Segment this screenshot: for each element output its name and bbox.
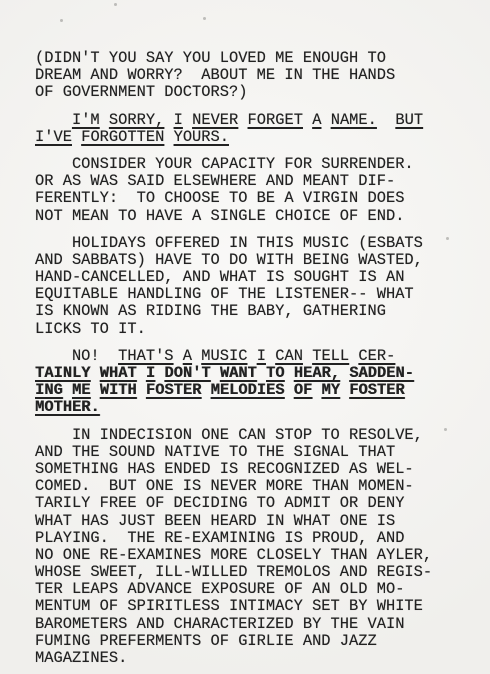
word-gap bbox=[284, 381, 293, 399]
underlined-word: I bbox=[257, 347, 266, 365]
scan-speck bbox=[446, 237, 449, 240]
text-segment: NOT MEAN TO HAVE A SINGLE CHOICE OF END. bbox=[35, 207, 404, 225]
text-line: MOTHER. bbox=[35, 399, 465, 416]
underlined-word: A bbox=[183, 347, 192, 365]
text-line: LICKS TO IT. bbox=[35, 321, 465, 338]
text-line: PLAYING. THE RE-EXAMINING IS PROUD, AND bbox=[35, 530, 465, 547]
text-segment: TARILY FREE OF DECIDING TO ADMIT OR DENY bbox=[35, 494, 404, 512]
underlined-word: MY bbox=[321, 381, 339, 399]
underlined-word: WITH bbox=[100, 381, 137, 399]
word-gap bbox=[183, 111, 192, 129]
underlined-word: OF bbox=[294, 381, 312, 399]
text-segment: HAND-CANCELLED, AND WHAT IS SOUGHT IS AN bbox=[35, 268, 404, 286]
underlined-word: FORGET bbox=[248, 111, 303, 129]
text-segment: TER LEAPS ADVANCE EXPOSURE OF AN OLD MO- bbox=[35, 580, 404, 598]
text-line: AND THE SOUND NATIVE TO THE SIGNAL THAT bbox=[35, 444, 465, 461]
underlined-word: FOSTER bbox=[349, 381, 404, 399]
word-gap bbox=[164, 111, 173, 129]
text-line: BAROMETERS AND CHARACTERIZED BY THE VAIN bbox=[35, 616, 465, 633]
word-gap bbox=[266, 347, 275, 365]
underlined-word: ME bbox=[72, 381, 90, 399]
word-gap bbox=[285, 364, 294, 382]
text-line: AND SABBATS) HAVE TO DO WITH BEING WASTE… bbox=[35, 252, 465, 269]
text-line: TARILY FREE OF DECIDING TO ADMIT OR DENY bbox=[35, 495, 465, 512]
word-gap bbox=[238, 111, 247, 129]
text-line: FUMING PREFERMENTS OF GIRLIE AND JAZZ bbox=[35, 633, 465, 650]
underlined-word: YOURS. bbox=[174, 128, 229, 146]
text-segment bbox=[35, 111, 72, 129]
word-gap bbox=[72, 128, 81, 146]
text-segment: FUMING PREFERMENTS OF GIRLIE AND JAZZ bbox=[35, 632, 377, 650]
text-line: EQUITABLE HANDLING OF THE LISTENER-- WHA… bbox=[35, 286, 465, 303]
word-gap bbox=[90, 364, 99, 382]
text-segment: OF GOVERNMENT DOCTORS?) bbox=[35, 83, 247, 101]
word-gap bbox=[257, 364, 266, 382]
underlined-word: THAT'S bbox=[118, 347, 173, 365]
text-segment: PLAYING. THE RE-EXAMINING IS PROUD, AND bbox=[35, 529, 404, 547]
text-segment: EQUITABLE HANDLING OF THE LISTENER-- WHA… bbox=[35, 285, 414, 303]
paragraph-2: I'M SORRY, I NEVER FORGET A NAME. BUTI'V… bbox=[35, 112, 465, 146]
text-line: SOMETHING HAS ENDED IS RECOGNIZED AS WEL… bbox=[35, 461, 465, 478]
text-line: MENTUM OF SPIRITLESS INTIMACY SET BY WHI… bbox=[35, 598, 465, 615]
text-segment: BAROMETERS AND CHARACTERIZED BY THE VAIN bbox=[35, 615, 404, 633]
underlined-word: MELODIES bbox=[211, 381, 285, 399]
text-line: ING ME WITH FOSTER MELODIES OF MY FOSTER bbox=[35, 382, 465, 399]
underlined-word: TAINLY bbox=[35, 364, 90, 382]
underlined-word: CAN bbox=[275, 347, 303, 365]
text-line: I'VE FORGOTTEN YOURS. bbox=[35, 129, 465, 146]
text-segment: CONSIDER YOUR CAPACITY FOR SURRENDER. bbox=[35, 155, 414, 173]
underlined-word: I'M bbox=[72, 111, 100, 129]
text-line: WHAT HAS JUST BEEN HEARD IN WHAT ONE IS bbox=[35, 513, 465, 530]
paragraph-5: NO! THAT'S A MUSIC I CAN TELL CER-TAINLY… bbox=[35, 348, 465, 417]
text-segment: MENTUM OF SPIRITLESS INTIMACY SET BY WHI… bbox=[35, 597, 423, 615]
text-line: TER LEAPS ADVANCE EXPOSURE OF AN OLD MO- bbox=[35, 581, 465, 598]
scan-speck bbox=[203, 17, 206, 20]
typewritten-text: (DIDN'T YOU SAY YOU LOVED ME ENOUGH TODR… bbox=[35, 50, 465, 667]
underlined-word: HEAR, bbox=[294, 364, 340, 382]
underlined-word: MOTHER. bbox=[35, 398, 100, 416]
underlined-word: NEVER bbox=[192, 111, 238, 129]
word-gap bbox=[340, 364, 349, 382]
text-segment: HOLIDAYS OFFERED IN THIS MUSIC (ESBATS bbox=[35, 234, 423, 252]
text-line: CONSIDER YOUR CAPACITY FOR SURRENDER. bbox=[35, 156, 465, 173]
text-segment: WHAT HAS JUST BEEN HEARD IN WHAT ONE IS bbox=[35, 512, 395, 530]
word-gap bbox=[377, 111, 395, 129]
word-gap bbox=[303, 111, 312, 129]
underlined-word: I bbox=[174, 111, 183, 129]
text-segment: NO ONE RE-EXAMINES MORE CLOSELY THAN AYL… bbox=[35, 546, 432, 564]
text-segment: SOMETHING HAS ENDED IS RECOGNIZED AS WEL… bbox=[35, 460, 414, 478]
underlined-word: I bbox=[146, 364, 155, 382]
word-gap bbox=[192, 347, 201, 365]
word-gap bbox=[137, 381, 146, 399]
word-gap bbox=[174, 347, 183, 365]
text-segment: OR AS WAS SAID ELSEWHERE AND MEANT DIF- bbox=[35, 172, 395, 190]
text-line: OR AS WAS SAID ELSEWHERE AND MEANT DIF- bbox=[35, 173, 465, 190]
underlined-word: SADDEN- bbox=[349, 364, 414, 382]
word-gap bbox=[201, 381, 210, 399]
scan-speck bbox=[114, 3, 117, 6]
text-line: COMED. BUT ONE IS NEVER MORE THAN MOMEN- bbox=[35, 478, 465, 495]
underlined-word: SORRY, bbox=[109, 111, 164, 129]
text-line: HAND-CANCELLED, AND WHAT IS SOUGHT IS AN bbox=[35, 269, 465, 286]
text-segment: MAGAZINES. bbox=[35, 649, 127, 667]
text-line: NO! THAT'S A MUSIC I CAN TELL CER- bbox=[35, 348, 465, 365]
text-segment: COMED. BUT ONE IS NEVER MORE THAN MOMEN- bbox=[35, 477, 414, 495]
text-line: IS KNOWN AS RIDING THE BABY, GATHERING bbox=[35, 303, 465, 320]
text-segment: AND THE SOUND NATIVE TO THE SIGNAL THAT bbox=[35, 443, 395, 461]
text-segment: (DIDN'T YOU SAY YOU LOVED ME ENOUGH TO bbox=[35, 49, 386, 67]
text-segment: IS KNOWN AS RIDING THE BABY, GATHERING bbox=[35, 302, 386, 320]
text-segment: NO! bbox=[35, 347, 118, 365]
word-gap bbox=[164, 128, 173, 146]
word-gap bbox=[155, 364, 164, 382]
underlined-word: MUSIC bbox=[201, 347, 247, 365]
word-gap bbox=[63, 381, 72, 399]
word-gap bbox=[340, 381, 349, 399]
text-line: OF GOVERNMENT DOCTORS?) bbox=[35, 84, 465, 101]
text-line: TAINLY WHAT I DON'T WANT TO HEAR, SADDEN… bbox=[35, 365, 465, 382]
scan-speck bbox=[444, 428, 447, 431]
word-gap bbox=[303, 347, 312, 365]
text-line: NO ONE RE-EXAMINES MORE CLOSELY THAN AYL… bbox=[35, 547, 465, 564]
text-line: (DIDN'T YOU SAY YOU LOVED ME ENOUGH TO bbox=[35, 50, 465, 67]
text-segment: DREAM AND WORRY? ABOUT ME IN THE HANDS bbox=[35, 66, 395, 84]
underlined-word: DON'T bbox=[164, 364, 210, 382]
word-gap bbox=[137, 364, 146, 382]
underlined-word: I'VE bbox=[35, 128, 72, 146]
word-gap bbox=[321, 111, 330, 129]
text-line: DREAM AND WORRY? ABOUT ME IN THE HANDS bbox=[35, 67, 465, 84]
document-page: (DIDN'T YOU SAY YOU LOVED ME ENOUGH TODR… bbox=[0, 0, 490, 674]
underlined-word: WANT bbox=[220, 364, 257, 382]
underlined-word: TO bbox=[266, 364, 284, 382]
word-gap bbox=[247, 347, 256, 365]
text-segment: AND SABBATS) HAVE TO DO WITH BEING WASTE… bbox=[35, 251, 423, 269]
underlined-word: ING bbox=[35, 381, 63, 399]
text-segment: FERENTLY: TO CHOOSE TO BE A VIRGIN DOES bbox=[35, 189, 404, 207]
text-line: I'M SORRY, I NEVER FORGET A NAME. BUT bbox=[35, 112, 465, 129]
paragraph-4: HOLIDAYS OFFERED IN THIS MUSIC (ESBATSAN… bbox=[35, 235, 465, 338]
underlined-word: CER- bbox=[358, 347, 395, 365]
text-segment: WHOSE SWEET, ILL-WILLED TREMOLOS AND REG… bbox=[35, 563, 432, 581]
paragraph-6: IN INDECISION ONE CAN STOP TO RESOLVE,AN… bbox=[35, 427, 465, 668]
text-line: HOLIDAYS OFFERED IN THIS MUSIC (ESBATS bbox=[35, 235, 465, 252]
text-segment: IN INDECISION ONE CAN STOP TO RESOLVE, bbox=[35, 426, 423, 444]
paragraph-1: (DIDN'T YOU SAY YOU LOVED ME ENOUGH TODR… bbox=[35, 50, 465, 102]
underlined-word: TELL bbox=[312, 347, 349, 365]
scan-speck bbox=[60, 19, 63, 22]
text-segment: LICKS TO IT. bbox=[35, 320, 146, 338]
paragraph-3: CONSIDER YOUR CAPACITY FOR SURRENDER.OR … bbox=[35, 156, 465, 225]
underlined-word: FORGOTTEN bbox=[81, 128, 164, 146]
word-gap bbox=[100, 111, 109, 129]
word-gap bbox=[90, 381, 99, 399]
text-line: IN INDECISION ONE CAN STOP TO RESOLVE, bbox=[35, 427, 465, 444]
underlined-word: WHAT bbox=[100, 364, 137, 382]
text-line: MAGAZINES. bbox=[35, 650, 465, 667]
underlined-word: NAME. bbox=[331, 111, 377, 129]
word-gap bbox=[211, 364, 220, 382]
text-line: WHOSE SWEET, ILL-WILLED TREMOLOS AND REG… bbox=[35, 564, 465, 581]
underlined-word: BUT bbox=[395, 111, 423, 129]
underlined-word: FOSTER bbox=[146, 381, 201, 399]
text-line: NOT MEAN TO HAVE A SINGLE CHOICE OF END. bbox=[35, 208, 465, 225]
text-line: FERENTLY: TO CHOOSE TO BE A VIRGIN DOES bbox=[35, 190, 465, 207]
